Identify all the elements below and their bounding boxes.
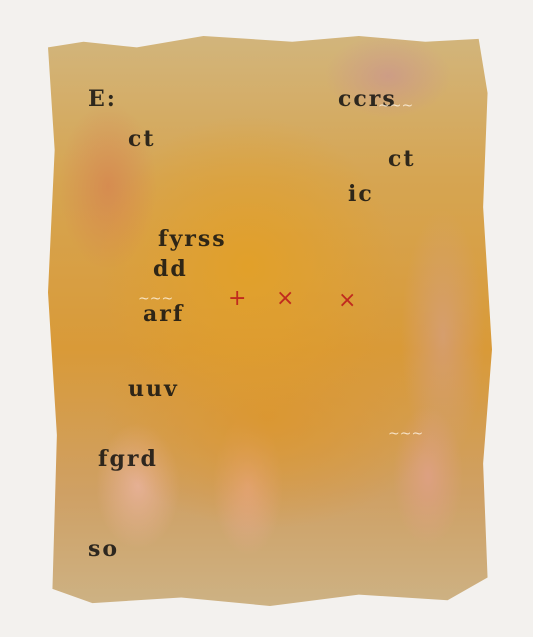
text-fragment: fyrss [158, 226, 227, 252]
red-mark: + [228, 286, 246, 311]
text-fragment: fgrd [98, 446, 158, 472]
text-fragment: ic [348, 181, 374, 207]
white-scribble: ~~~ [138, 291, 173, 307]
text-fragment: so [88, 536, 119, 562]
artwork-paper: E: ct ccrs ct ic fyrss dd arf uuv fgrd s… [48, 36, 492, 606]
red-mark: × [338, 288, 356, 313]
white-scribble: ~~~ [378, 98, 413, 114]
text-fragment: ct [128, 126, 156, 152]
text-fragment: E: [88, 86, 117, 112]
red-mark: × [276, 286, 294, 311]
text-fragment: dd [153, 256, 188, 282]
white-scribble: ~~~ [388, 426, 423, 442]
text-fragment: ct [388, 146, 416, 172]
text-fragment: uuv [128, 376, 179, 402]
